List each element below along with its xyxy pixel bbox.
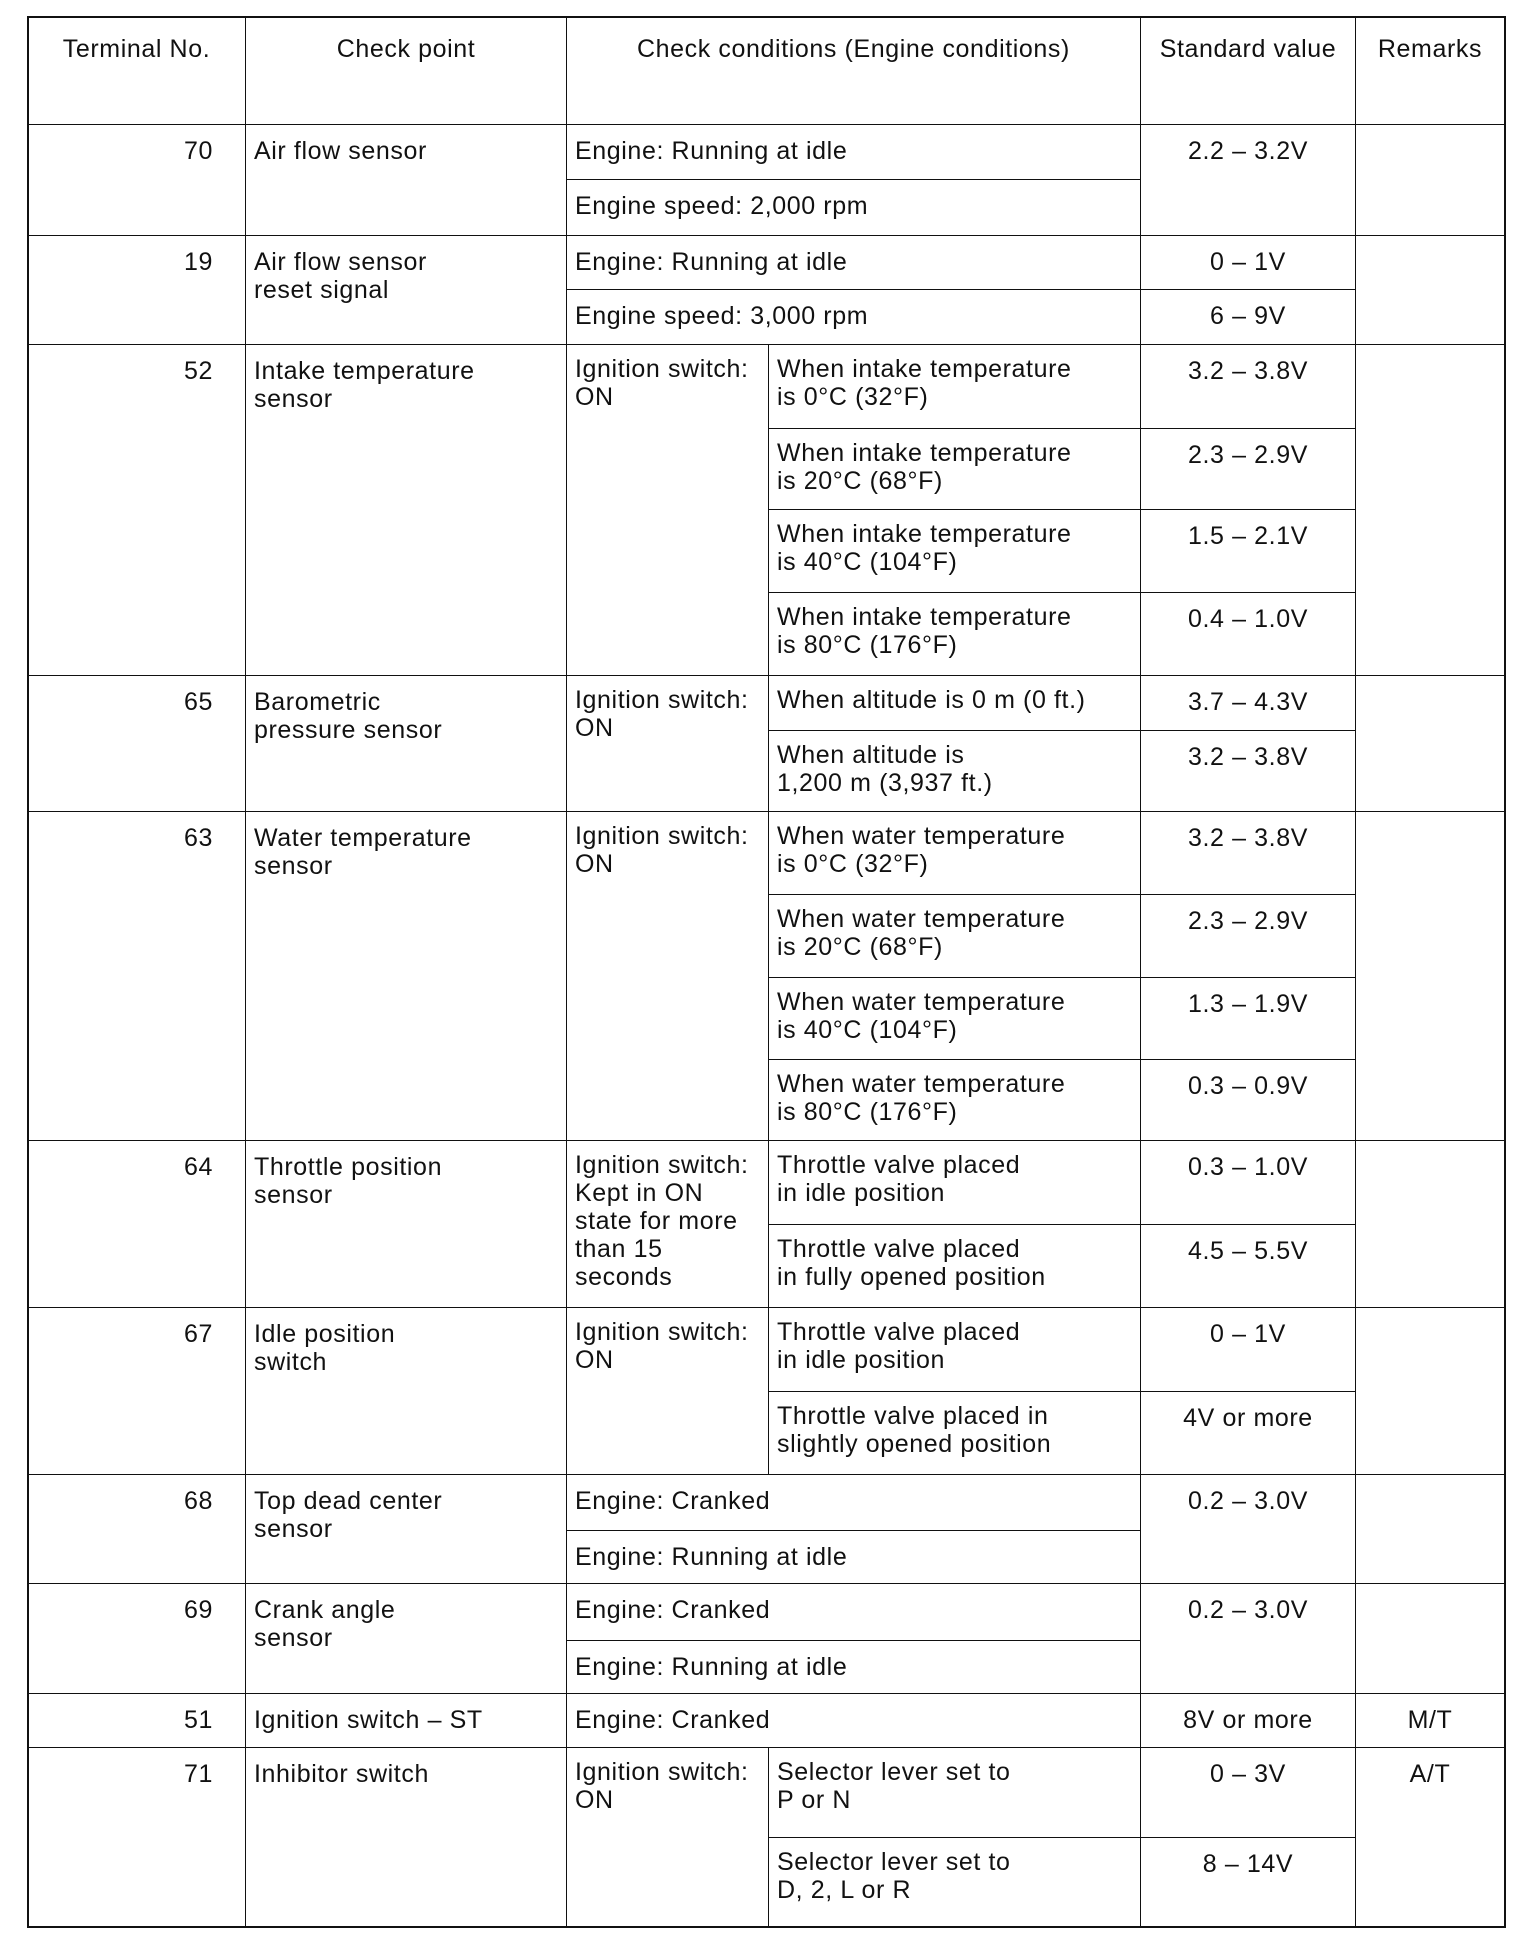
main-condition: Ignition switch: ON xyxy=(566,344,769,676)
header-check-point: Check point xyxy=(245,16,567,125)
standard-value: 0 – 3V xyxy=(1140,1747,1356,1838)
main-condition: Ignition switch: Kept in ON state for mo… xyxy=(566,1140,769,1308)
remarks xyxy=(1355,1307,1505,1475)
sub-condition: When water temperature is 40°C (104°F) xyxy=(768,977,1141,1060)
condition: Engine: Running at idle xyxy=(566,235,1141,290)
sub-condition: When intake temperature is 20°C (68°F) xyxy=(768,428,1141,510)
remarks xyxy=(1355,1474,1505,1584)
terminal-number: 51 xyxy=(27,1693,246,1748)
terminal-number: 65 xyxy=(27,675,246,812)
terminal-number: 71 xyxy=(27,1747,246,1927)
check-point: Ignition switch – ST xyxy=(245,1693,567,1748)
remarks xyxy=(1355,811,1505,1141)
sub-condition: When water temperature is 80°C (176°F) xyxy=(768,1059,1141,1141)
sub-condition: Throttle valve placed in fully opened po… xyxy=(768,1224,1141,1308)
remarks xyxy=(1355,675,1505,812)
standard-value: 8V or more xyxy=(1140,1693,1356,1748)
standard-value: 3.2 – 3.8V xyxy=(1140,344,1356,429)
sub-condition: Throttle valve placed in slightly opened… xyxy=(768,1391,1141,1475)
sub-condition: When intake temperature is 40°C (104°F) xyxy=(768,509,1141,593)
condition: Engine: Cranked xyxy=(566,1474,1141,1531)
standard-value: 0.3 – 0.9V xyxy=(1140,1059,1356,1141)
standard-value: 2.3 – 2.9V xyxy=(1140,428,1356,510)
standard-value: 0.4 – 1.0V xyxy=(1140,592,1356,676)
condition: Engine: Running at idle xyxy=(566,1530,1141,1584)
terminal-number: 19 xyxy=(27,235,246,345)
terminal-number: 68 xyxy=(27,1474,246,1584)
remarks xyxy=(1355,344,1505,676)
header-standard-value: Standard value xyxy=(1140,16,1356,125)
sub-condition: Selector lever set to P or N xyxy=(768,1747,1141,1838)
standard-value: 0.3 – 1.0V xyxy=(1140,1140,1356,1225)
remarks xyxy=(1355,235,1505,345)
main-condition: Ignition switch: ON xyxy=(566,1747,769,1927)
condition: Engine speed: 3,000 rpm xyxy=(566,289,1141,345)
remarks xyxy=(1355,1583,1505,1694)
standard-value: 0 – 1V xyxy=(1140,1307,1356,1392)
check-point: Air flow sensor reset signal xyxy=(245,235,567,345)
header-remarks: Remarks xyxy=(1355,16,1505,125)
standard-value: 3.2 – 3.8V xyxy=(1140,730,1356,812)
sub-condition: Selector lever set to D, 2, L or R xyxy=(768,1837,1141,1927)
check-point: Barometric pressure sensor xyxy=(245,675,567,812)
main-condition: Ignition switch: ON xyxy=(566,811,769,1141)
standard-value: 0.2 – 3.0V xyxy=(1140,1474,1356,1584)
main-condition: Ignition switch: ON xyxy=(566,675,769,812)
check-point: Throttle position sensor xyxy=(245,1140,567,1308)
standard-value: 3.7 – 4.3V xyxy=(1140,675,1356,731)
condition: Engine speed: 2,000 rpm xyxy=(566,179,1141,236)
standard-value: 6 – 9V xyxy=(1140,289,1356,345)
condition: Engine: Running at idle xyxy=(566,1640,1141,1694)
main-condition: Ignition switch: ON xyxy=(566,1307,769,1475)
remarks xyxy=(1355,1140,1505,1308)
remarks xyxy=(1355,124,1505,236)
standard-value: 1.5 – 2.1V xyxy=(1140,509,1356,593)
remarks: A/T xyxy=(1355,1747,1505,1927)
sub-condition: Throttle valve placed in idle position xyxy=(768,1140,1141,1225)
terminal-check-table: Terminal No. Check point Check condition… xyxy=(0,0,1536,1934)
condition: Engine: Cranked xyxy=(566,1583,1141,1641)
standard-value: 8 – 14V xyxy=(1140,1837,1356,1927)
standard-value: 4.5 – 5.5V xyxy=(1140,1224,1356,1308)
check-point: Air flow sensor xyxy=(245,124,567,236)
check-point: Idle position switch xyxy=(245,1307,567,1475)
standard-value: 2.3 – 2.9V xyxy=(1140,894,1356,978)
check-point: Water temperature sensor xyxy=(245,811,567,1141)
condition: Engine: Running at idle xyxy=(566,124,1141,180)
sub-condition: When altitude is 1,200 m (3,937 ft.) xyxy=(768,730,1141,812)
check-point: Intake temperature sensor xyxy=(245,344,567,676)
sub-condition: When intake temperature is 80°C (176°F) xyxy=(768,592,1141,676)
sub-condition: Throttle valve placed in idle position xyxy=(768,1307,1141,1392)
terminal-number: 67 xyxy=(27,1307,246,1475)
terminal-number: 64 xyxy=(27,1140,246,1308)
standard-value: 3.2 – 3.8V xyxy=(1140,811,1356,895)
standard-value: 0 – 1V xyxy=(1140,235,1356,290)
sub-condition: When water temperature is 0°C (32°F) xyxy=(768,811,1141,895)
header-terminal-no: Terminal No. xyxy=(27,16,246,125)
check-point: Top dead center sensor xyxy=(245,1474,567,1584)
terminal-number: 70 xyxy=(27,124,246,236)
terminal-number: 69 xyxy=(27,1583,246,1694)
check-point: Inhibitor switch xyxy=(245,1747,567,1927)
header-check-conditions: Check conditions (Engine conditions) xyxy=(566,16,1141,125)
condition: Engine: Cranked xyxy=(566,1693,1141,1748)
standard-value: 2.2 – 3.2V xyxy=(1140,124,1356,236)
check-point: Crank angle sensor xyxy=(245,1583,567,1694)
sub-condition: When intake temperature is 0°C (32°F) xyxy=(768,344,1141,429)
standard-value: 1.3 – 1.9V xyxy=(1140,977,1356,1060)
remarks: M/T xyxy=(1355,1693,1505,1748)
standard-value: 4V or more xyxy=(1140,1391,1356,1475)
sub-condition: When altitude is 0 m (0 ft.) xyxy=(768,675,1141,731)
sub-condition: When water temperature is 20°C (68°F) xyxy=(768,894,1141,978)
terminal-number: 52 xyxy=(27,344,246,676)
terminal-number: 63 xyxy=(27,811,246,1141)
standard-value: 0.2 – 3.0V xyxy=(1140,1583,1356,1694)
